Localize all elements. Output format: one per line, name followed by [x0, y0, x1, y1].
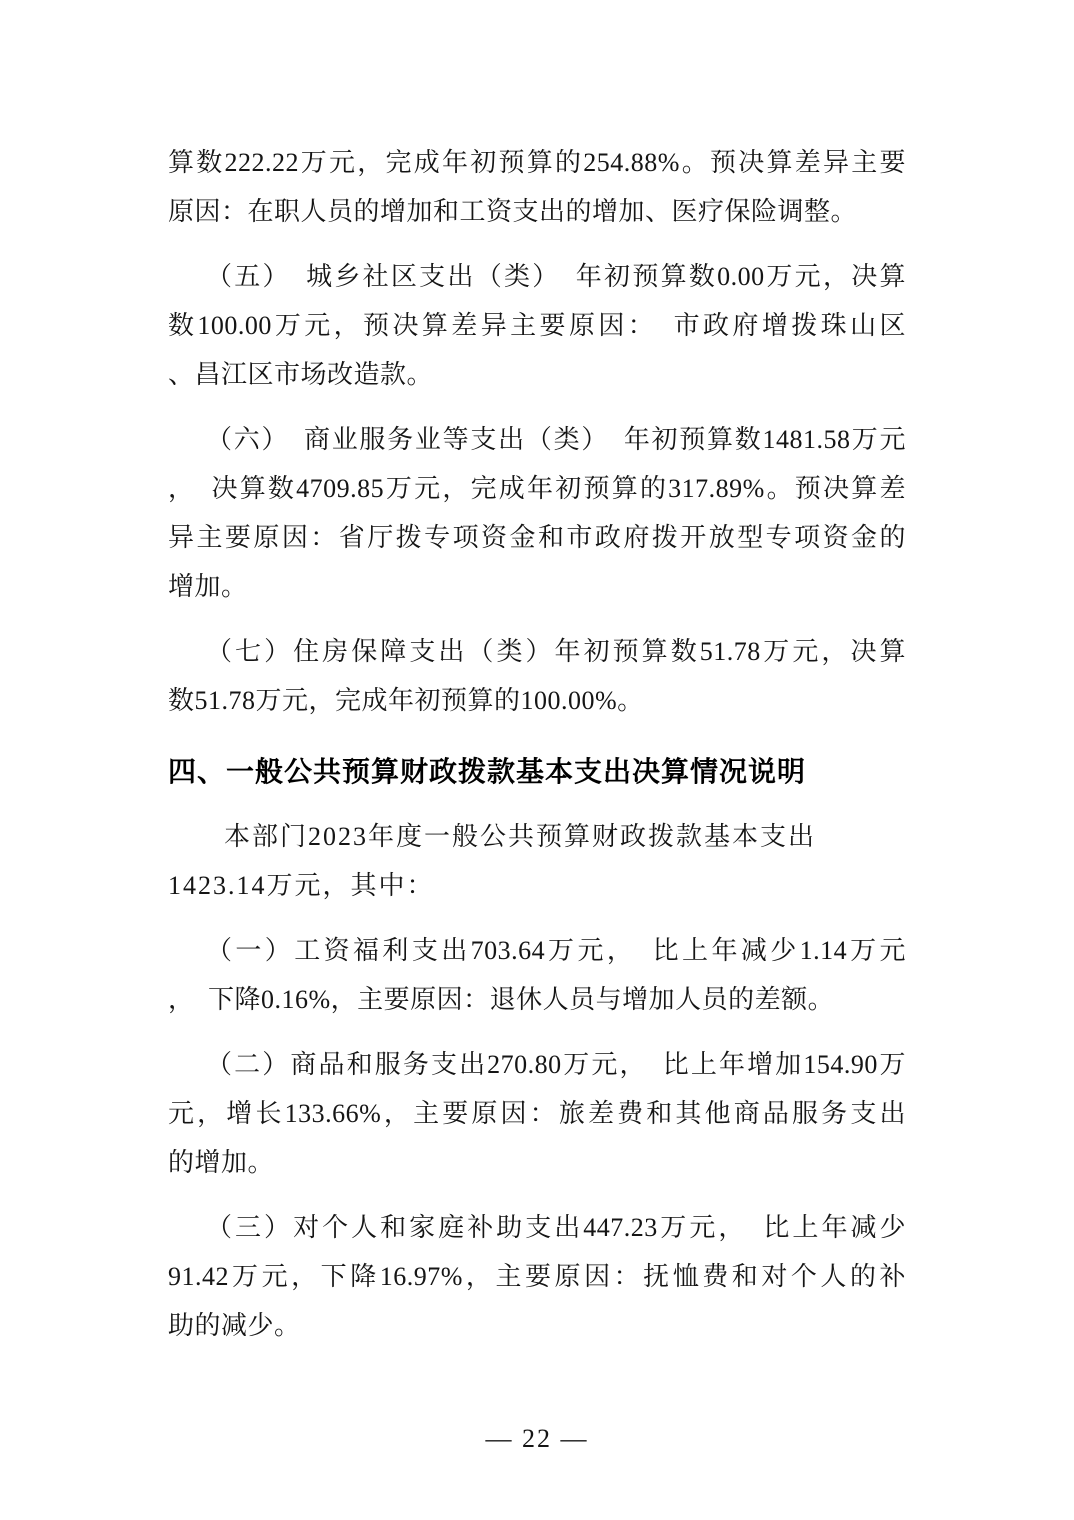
text-line: （七）住房保障支出（类）年初预算数51.78万元，决算 — [168, 627, 906, 676]
text-line: 异主要原因：省厅拨专项资金和市政府拨开放型专项资金的 — [168, 513, 906, 562]
text-line: ， 下降0.16%，主要原因：退休人员与增加人员的差额。 — [168, 975, 906, 1024]
section-heading-text: 四、一般公共预算财政拨款基本支出决算情况说明 — [168, 747, 906, 796]
text-line: 、昌江区市场改造款。 — [168, 350, 906, 399]
text-line: 数51.78万元，完成年初预算的100.00%。 — [168, 676, 906, 725]
text-line: 助的减少。 — [168, 1301, 906, 1350]
text-line: （六） 商业服务业等支出（类） 年初预算数1481.58万元 — [168, 415, 906, 464]
text-line: 91.42万元，下降16.97%，主要原因：抚恤费和对个人的补 — [168, 1252, 906, 1301]
document-body: 算数222.22万元，完成年初预算的254.88%。预决算差异主要原因：在职人员… — [168, 138, 906, 1350]
paragraph: （一）工资福利支出703.64万元， 比上年减少1.14万元， 下降0.16%，… — [168, 926, 906, 1024]
paragraph: （五） 城乡社区支出（类） 年初预算数0.00万元，决算数100.00万元，预决… — [168, 252, 906, 399]
text-line: 数100.00万元，预决算差异主要原因： 市政府增拨珠山区 — [168, 301, 906, 350]
paragraph: （二）商品和服务支出270.80万元， 比上年增加154.90万元，增长133.… — [168, 1040, 906, 1187]
text-line: （二）商品和服务支出270.80万元， 比上年增加154.90万 — [168, 1040, 906, 1089]
text-line: 的增加。 — [168, 1138, 906, 1187]
text-line: 算数222.22万元，完成年初预算的254.88%。预决算差异主要 — [168, 138, 906, 187]
text-line: （一）工资福利支出703.64万元， 比上年减少1.14万元 — [168, 926, 906, 975]
paragraph: （六） 商业服务业等支出（类） 年初预算数1481.58万元， 决算数4709.… — [168, 415, 906, 611]
text-line: 原因：在职人员的增加和工资支出的增加、医疗保险调整。 — [168, 187, 906, 236]
text-line: 本部门2023年度一般公共预算财政拨款基本支出 — [168, 812, 906, 861]
section-heading: 四、一般公共预算财政拨款基本支出决算情况说明 — [168, 747, 906, 796]
text-line: （三）对个人和家庭补助支出447.23万元， 比上年减少 — [168, 1203, 906, 1252]
paragraph: 算数222.22万元，完成年初预算的254.88%。预决算差异主要原因：在职人员… — [168, 138, 906, 236]
paragraph: 本部门2023年度一般公共预算财政拨款基本支出1423.14万元，其中： — [168, 812, 906, 910]
text-line: （五） 城乡社区支出（类） 年初预算数0.00万元，决算 — [168, 252, 906, 301]
paragraph: （三）对个人和家庭补助支出447.23万元， 比上年减少91.42万元，下降16… — [168, 1203, 906, 1350]
text-line: 元，增长133.66%，主要原因：旅差费和其他商品服务支出 — [168, 1089, 906, 1138]
text-line: ， 决算数4709.85万元，完成年初预算的317.89%。预决算差 — [168, 464, 906, 513]
document-page: 算数222.22万元，完成年初预算的254.88%。预决算差异主要原因：在职人员… — [0, 0, 1074, 1520]
text-line: 1423.14万元，其中： — [168, 861, 906, 910]
page-number: — 22 — — [0, 1424, 1074, 1454]
paragraph: （七）住房保障支出（类）年初预算数51.78万元，决算数51.78万元，完成年初… — [168, 627, 906, 725]
text-line: 增加。 — [168, 562, 906, 611]
